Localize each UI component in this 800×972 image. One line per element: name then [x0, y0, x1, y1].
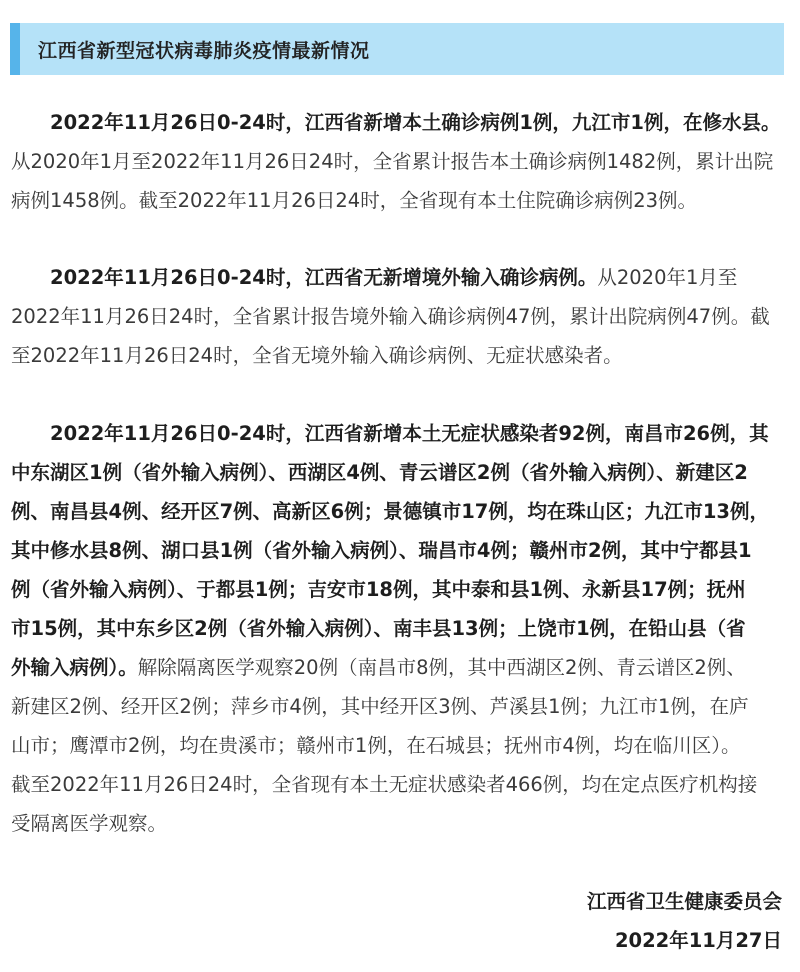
text-line: 其中修水县8例、湖口县1例（省外输入病例）、瑞昌市4例；赣州市2例，其中宁都县1	[11, 531, 791, 570]
text-line: 2022年11月26日24时，全省累计报告境外输入确诊病例47例，累计出院病例4…	[11, 297, 791, 336]
text-line: 例、南昌县4例、经开区7例、高新区6例；景德镇市17例，均在珠山区；九江市13例…	[11, 492, 791, 531]
text-line: 新建区2例、经开区2例；萍乡市4例，其中经开区3例、芦溪县1例；九江市1例，在庐	[11, 687, 791, 726]
paragraph-local-confirmed: 2022年11月26日0-24时，江西省新增本土确诊病例1例，九江市1例，在修水…	[11, 103, 791, 220]
text-line: 从2020年1月至2022年11月26日24时，全省累计报告本土确诊病例1482…	[11, 142, 791, 181]
signature-organization: 江西省卫生健康委员会	[587, 882, 782, 921]
text-line: 中东湖区1例（省外输入病例）、西湖区4例、青云谱区2例（省外输入病例）、新建区2	[11, 453, 791, 492]
header-accent-bar	[10, 23, 20, 75]
paragraph-asymptomatic: 2022年11月26日0-24时，江西省新增本土无症状感染者92例，南昌市26例…	[11, 414, 791, 843]
paragraph-imported-confirmed: 2022年11月26日0-24时，江西省无新增境外输入确诊病例。从2020年1月…	[11, 258, 791, 375]
text-line: 2022年11月26日0-24时，江西省无新增境外输入确诊病例。从2020年1月…	[11, 258, 791, 297]
text-line: 2022年11月26日0-24时，江西省新增本土确诊病例1例，九江市1例，在修水…	[11, 103, 791, 142]
page-title: 江西省新型冠状病毒肺炎疫情最新情况	[38, 36, 370, 63]
text-line: 市15例，其中东乡区2例（省外输入病例）、南丰县13例；上饶市1例，在铅山县（省	[11, 609, 791, 648]
text-line: 外输入病例）。解除隔离医学观察20例（南昌市8例，其中西湖区2例、青云谱区2例、	[11, 648, 791, 687]
text-line: 受隔离医学观察。	[11, 804, 791, 843]
text-line: 截至2022年11月26日24时，全省现有本土无症状感染者466例，均在定点医疗…	[11, 765, 791, 804]
text-line: 病例1458例。截至2022年11月26日24时，全省现有本土住院确诊病例23例…	[11, 181, 791, 220]
text-line: 2022年11月26日0-24时，江西省新增本土无症状感染者92例，南昌市26例…	[11, 414, 791, 453]
signature-date: 2022年11月27日	[615, 921, 782, 960]
text-line: 至2022年11月26日24时，全省无境外输入确诊病例、无症状感染者。	[11, 336, 791, 375]
text-line: 例（省外输入病例）、于都县1例；吉安市18例，其中泰和县1例、永新县17例；抚州	[11, 570, 791, 609]
text-line: 山市；鹰潭市2例，均在贵溪市；赣州市1例，在石城县；抚州市4例，均在临川区）。	[11, 726, 791, 765]
article-header: 江西省新型冠状病毒肺炎疫情最新情况	[10, 23, 784, 75]
